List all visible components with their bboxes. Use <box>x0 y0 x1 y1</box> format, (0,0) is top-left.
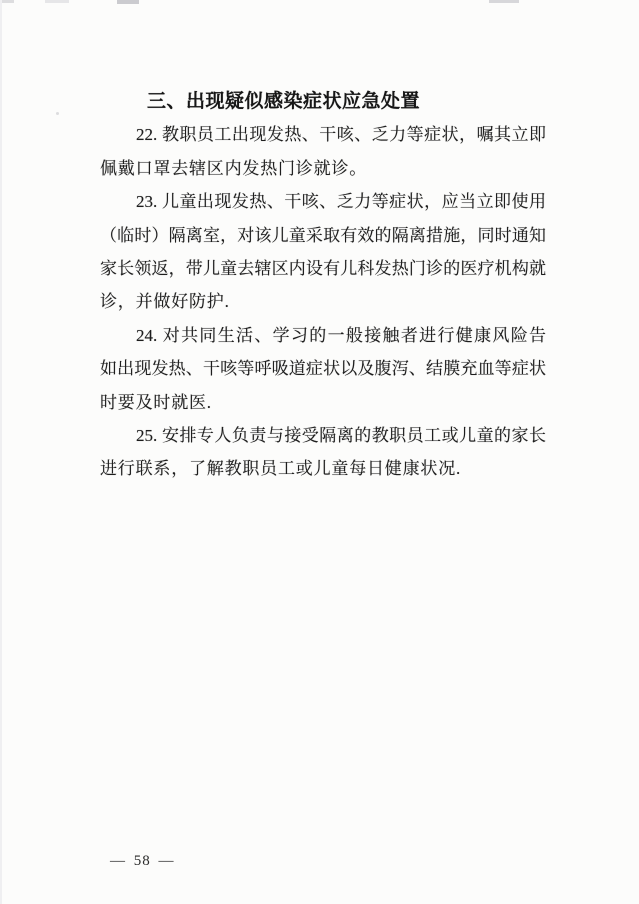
paragraph-line: 22. 教职员工出现发热、干咳、乏力等症状，嘱其立即 <box>100 118 546 151</box>
paragraph-line: 24. 对共同生活、学习的一般接触者进行健康风险告知， <box>100 319 546 352</box>
paragraph-line: 进行联系，了解教职员工或儿童每日健康状况. <box>100 452 546 485</box>
section-heading: 三、出现疑似感染症状应急处置 <box>100 85 546 118</box>
document-page: 三、出现疑似感染症状应急处置 22. 教职员工出现发热、干咳、乏力等症状，嘱其立… <box>0 0 639 904</box>
paragraph-line: 诊，并做好防护. <box>100 285 546 318</box>
paragraph-line: 23. 儿童出现发热、干咳、乏力等症状，应当立即使用 <box>100 185 546 218</box>
document-body: 三、出现疑似感染症状应急处置 22. 教职员工出现发热、干咳、乏力等症状，嘱其立… <box>100 85 546 486</box>
page-number: — 58 — <box>110 853 175 870</box>
paragraph-line: 25. 安排专人负责与接受隔离的教职员工或儿童的家长 <box>100 419 546 452</box>
scan-artifact <box>45 0 69 3</box>
scan-artifact <box>117 0 139 4</box>
paragraph-line: 佩戴口罩去辖区内发热门诊就诊。 <box>100 152 546 185</box>
paragraph-line: （临时）隔离室，对该儿童采取有效的隔离措施，同时通知 <box>100 219 546 252</box>
scan-artifact <box>2 0 14 3</box>
paragraph-line: 时要及时就医. <box>100 386 546 419</box>
scan-speck <box>56 112 59 115</box>
scan-artifact <box>489 0 519 3</box>
scan-edge-shadow <box>0 0 2 904</box>
paragraph-line: 如出现发热、干咳等呼吸道症状以及腹泻、结膜充血等症状 <box>100 352 546 385</box>
paragraph-line: 家长领返，带儿童去辖区内设有儿科发热门诊的医疗机构就 <box>100 252 546 285</box>
